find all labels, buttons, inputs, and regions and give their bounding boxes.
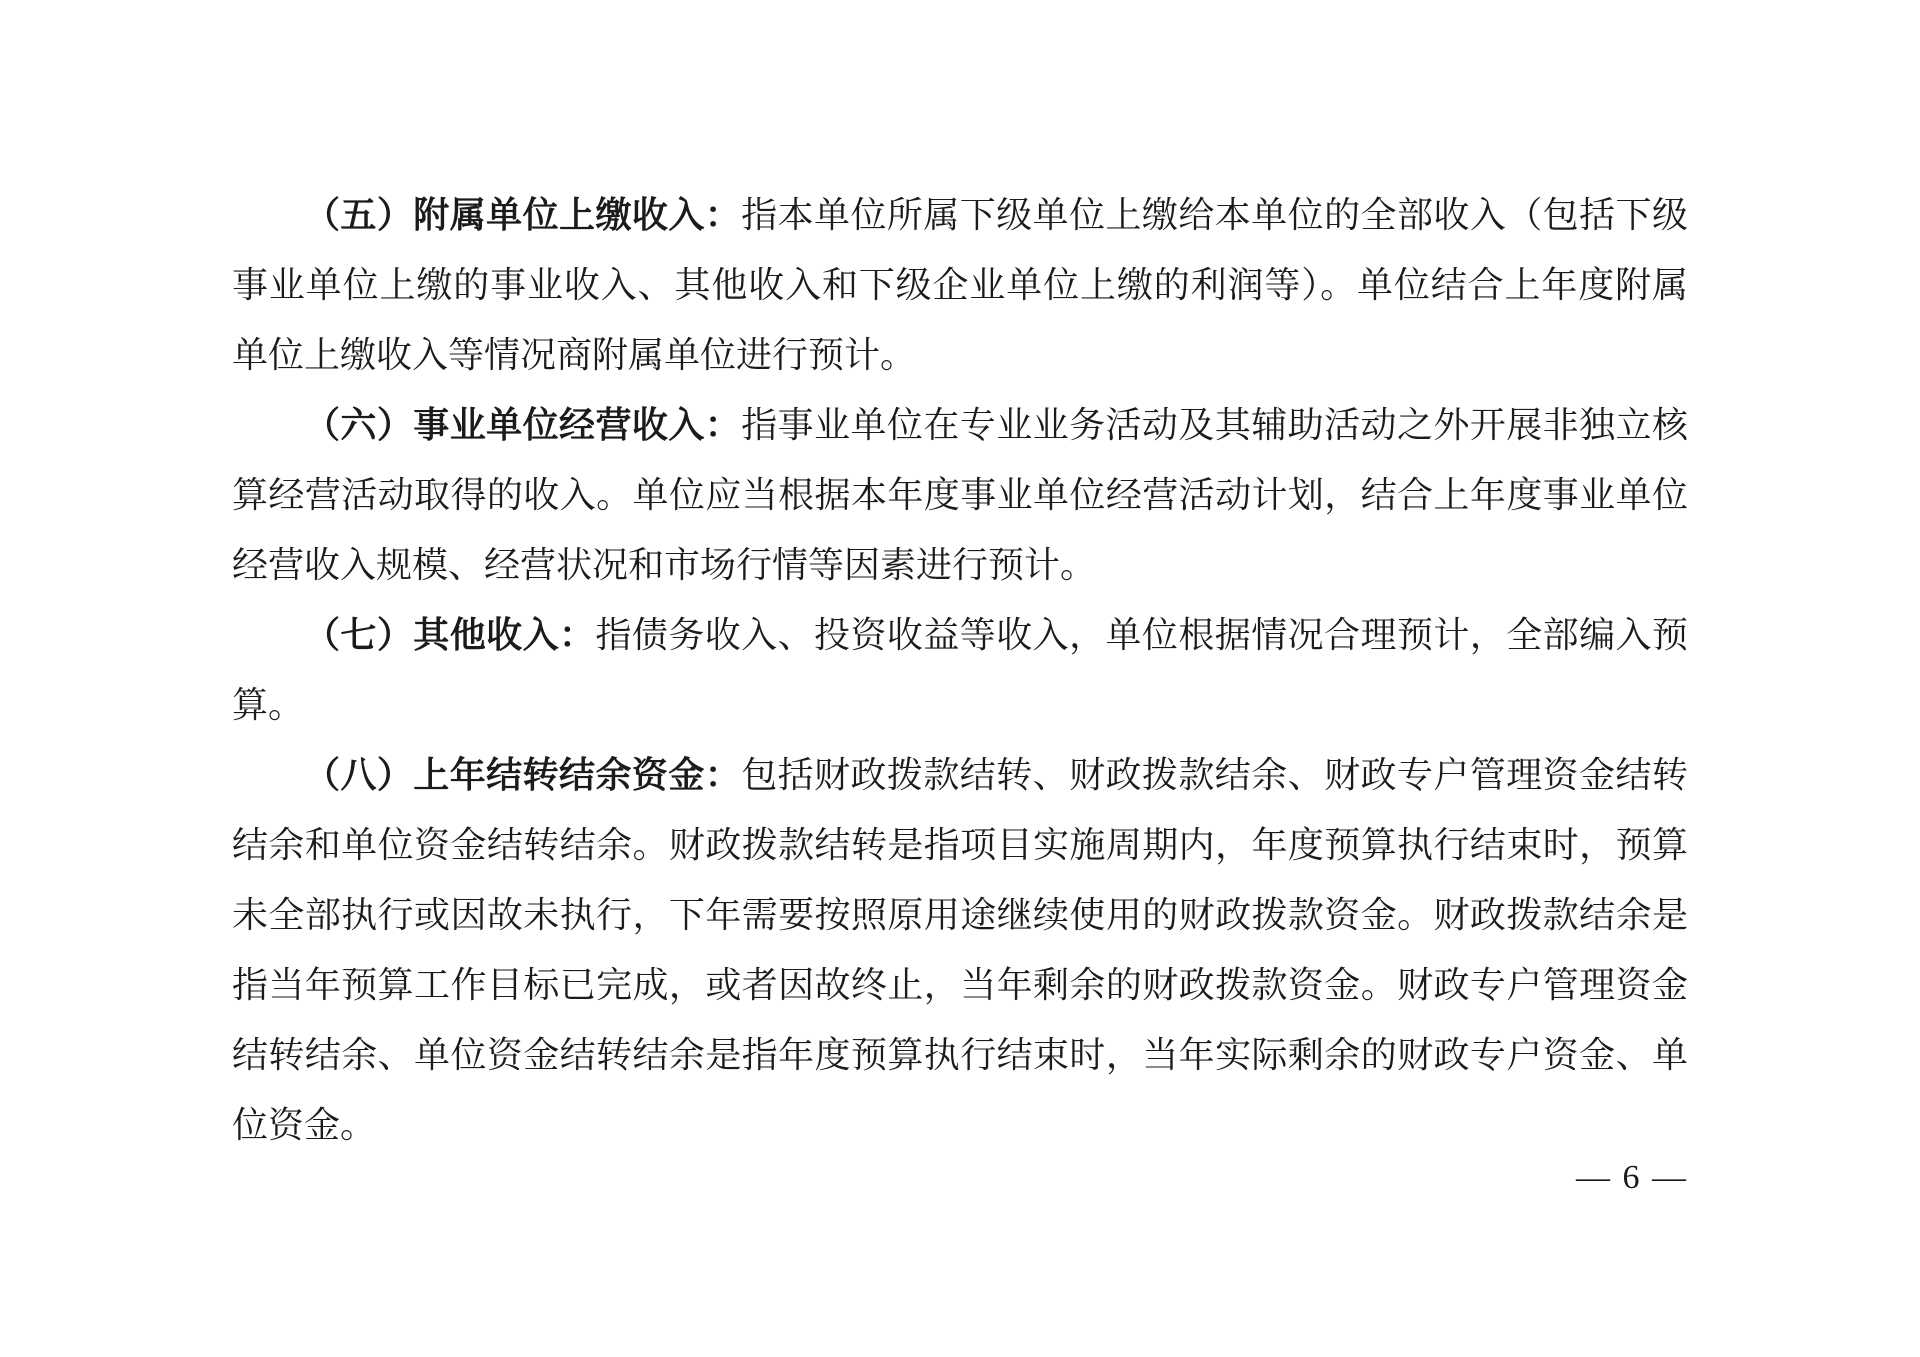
document-text-block: （五）附属单位上缴收入：指本单位所属下级单位上缴给本单位的全部收入（包括下级事业… [232,180,1688,1206]
paragraph-business-operation-income: （六）事业单位经营收入：指事业单位在专业业务活动及其辅助活动之外开展非独立核算经… [232,390,1688,600]
document-page: （五）附属单位上缴收入：指本单位所属下级单位上缴给本单位的全部收入（包括下级事业… [0,0,1920,1357]
paragraph-other-income: （七）其他收入：指债务收入、投资收益等收入，单位根据情况合理预计，全部编入预算。 [232,600,1688,740]
paragraph-business-operation-income-heading: （六）事业单位经营收入： [304,405,741,445]
paragraph-affiliated-unit-income: （五）附属单位上缴收入：指本单位所属下级单位上缴给本单位的全部收入（包括下级事业… [232,180,1688,390]
paragraph-affiliated-unit-income-heading: （五）附属单位上缴收入： [304,195,741,235]
paragraph-carryover-surplus-funds: （八）上年结转结余资金：包括财政拨款结转、财政拨款结余、财政专户管理资金结转结余… [232,740,1688,1160]
paragraph-other-income-heading: （七）其他收入： [304,615,595,655]
paragraph-carryover-surplus-funds-body: 包括财政拨款结转、财政拨款结余、财政专户管理资金结转结余和单位资金结转结余。财政… [232,755,1688,1145]
page-number: — 6 — [232,1150,1688,1206]
paragraph-carryover-surplus-funds-heading: （八）上年结转结余资金： [304,755,741,795]
